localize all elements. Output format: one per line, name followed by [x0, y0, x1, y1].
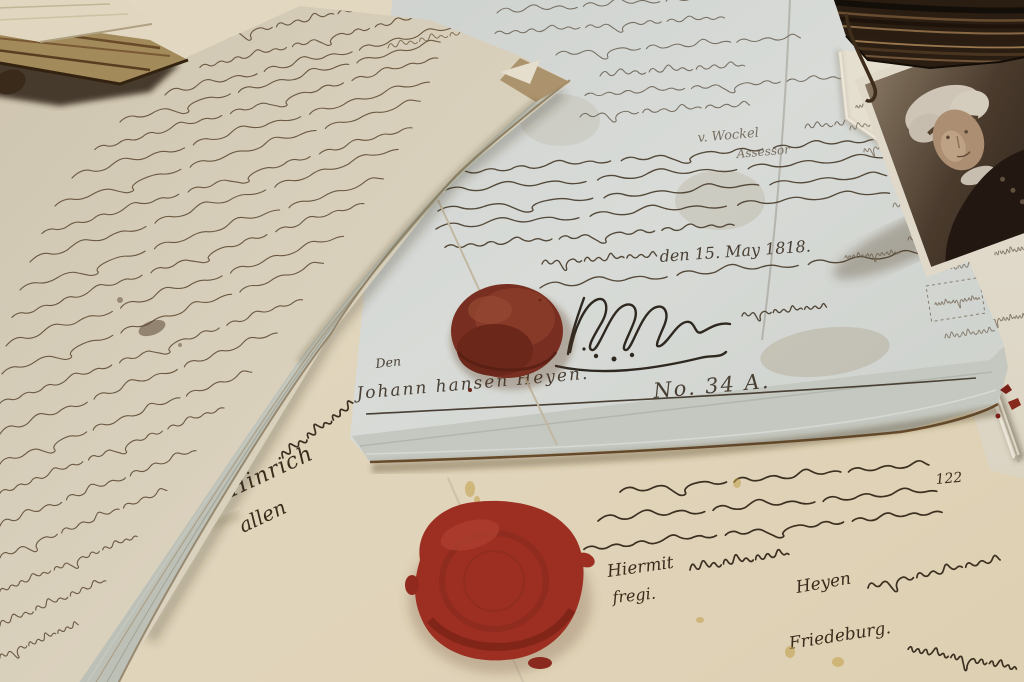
scene-canvas: Hiermit Heyen fregi. Friedeburg. 122 Hin… [0, 0, 1024, 682]
photo-of-old-documents: Hiermit Heyen fregi. Friedeburg. 122 Hin… [0, 0, 1024, 682]
lighting-overlay [0, 0, 1024, 682]
